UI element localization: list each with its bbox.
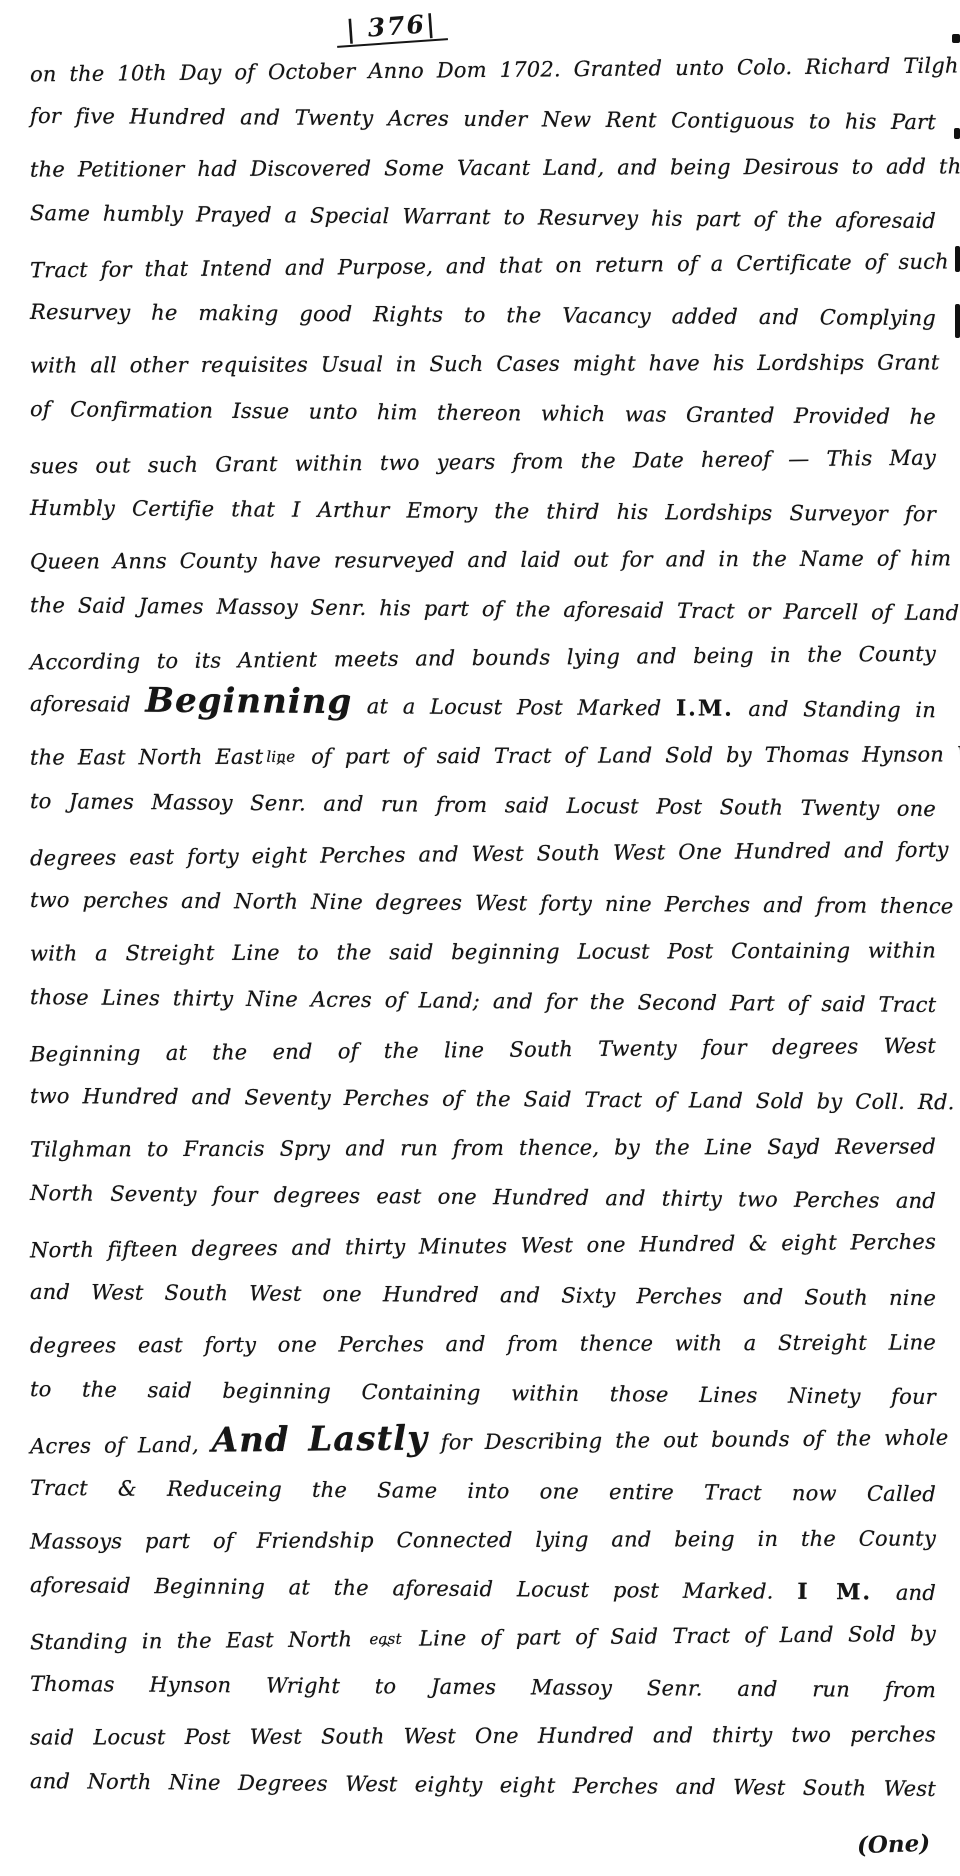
manuscript-line: and West South West one Hundred and Sixt… [30, 1268, 936, 1323]
line-text: for Describing the out bounds of the who… [428, 1426, 949, 1455]
manuscript-line: Acres of Land, And Lastly for Describing… [30, 1414, 936, 1472]
interlinear-insertion: line^ [266, 752, 295, 772]
manuscript-line: Beginning at the end of the line South T… [30, 1022, 936, 1080]
line-text: and Standing in [734, 697, 936, 722]
manuscript-line: North Seventy four degrees east one Hund… [30, 1169, 936, 1226]
manuscript-line: the Petitioner had Discovered Some Vacan… [30, 142, 936, 194]
manuscript-line: to James Massoy Senr. and run from said … [30, 777, 936, 834]
scan-artifact [955, 304, 960, 338]
manuscript-line: North fifteen degrees and thirty Minutes… [30, 1218, 936, 1276]
line-text: aforesaid Beginning at the aforesaid Loc… [30, 1573, 797, 1604]
manuscript-line: two Hundred and Seventy Perches of the S… [30, 1072, 936, 1127]
manuscript-line: sues out such Grant within two years fro… [30, 434, 936, 492]
catchword: (One) [856, 1830, 930, 1860]
manuscript-line: Standing in the East North east^ Line of… [30, 1610, 936, 1668]
manuscript-line: aforesaid Beginning at a Locust Post Mar… [30, 680, 936, 735]
line-text: the East North East [30, 745, 263, 770]
manuscript-line: Massoys part of Friendship Connected lyi… [30, 1514, 936, 1566]
line-text: Acres of Land, [30, 1433, 212, 1459]
line-text: Line of part of Said Tract of Land Sold … [405, 1622, 936, 1651]
manuscript-line: Tract & Reduceing the Same into one enti… [30, 1464, 936, 1519]
manuscript-line: According to its Antient meets and bound… [30, 630, 936, 688]
manuscript-line: to the said beginning Containing within … [30, 1365, 936, 1422]
line-text: aforesaid [30, 692, 145, 717]
manuscript-line: Same humbly Prayed a Special Warrant to … [30, 189, 936, 246]
page-number: | 376| [335, 8, 448, 48]
manuscript-line: the Said James Massoy Senr. his part of … [30, 581, 936, 638]
manuscript-line: with a Streight Line to the said beginni… [30, 926, 936, 978]
manuscript-page: | 376| on the 10th Day of October Anno D… [0, 0, 960, 1876]
manuscript-line: two perches and North Nine degrees West … [30, 876, 936, 931]
survey-mark: I.M. [676, 695, 734, 721]
line-text: and [872, 1580, 936, 1605]
manuscript-text: on the 10th Day of October Anno Dom 1702… [30, 46, 936, 1810]
manuscript-line: Queen Anns County have resurveyed and la… [30, 534, 936, 586]
insertion-caret: ^ [275, 763, 287, 772]
manuscript-line: for five Hundred and Twenty Acres under … [30, 92, 936, 147]
manuscript-line: on the 10th Day of October Anno Dom 1702… [30, 42, 936, 100]
manuscript-line: degrees east forty eight Perches and Wes… [30, 826, 936, 884]
manuscript-line: those Lines thirty Nine Acres of Land; a… [30, 973, 936, 1030]
emphasized-word: Beginning [145, 681, 352, 722]
manuscript-line: Resurvey he making good Rights to the Va… [30, 288, 936, 343]
scan-artifact [955, 246, 960, 272]
manuscript-line: aforesaid Beginning at the aforesaid Loc… [30, 1561, 936, 1618]
line-text: of part of said Tract of Land Sold by Th… [298, 742, 960, 769]
manuscript-line: Tract for that Intend and Purpose, and t… [30, 238, 936, 296]
manuscript-line: Humbly Certifie that I Arthur Emory the … [30, 484, 936, 539]
manuscript-line: Thomas Hynson Wright to James Massoy Sen… [30, 1660, 936, 1715]
line-text: Standing in the East North [30, 1627, 367, 1654]
manuscript-line: of Confirmation Issue unto him thereon w… [30, 385, 936, 442]
line-text: at a Locust Post Marked [352, 694, 676, 720]
scan-artifact [954, 128, 960, 139]
manuscript-line: the East North Eastline^ of part of said… [30, 730, 936, 782]
interlinear-insertion: east^ [369, 1634, 402, 1654]
survey-mark: I M. [797, 1579, 872, 1606]
emphasized-word: And Lastly [212, 1419, 429, 1461]
scan-artifact [952, 34, 960, 43]
manuscript-line: Tilghman to Francis Spry and run from th… [30, 1122, 936, 1174]
manuscript-line: degrees east forty one Perches and from … [30, 1318, 936, 1370]
manuscript-line: said Locust Post West South West One Hun… [30, 1710, 936, 1762]
manuscript-line: and North Nine Degrees West eighty eight… [30, 1757, 936, 1814]
insertion-caret: ^ [380, 1645, 392, 1654]
manuscript-line: with all other requisites Usual in Such … [30, 338, 936, 390]
